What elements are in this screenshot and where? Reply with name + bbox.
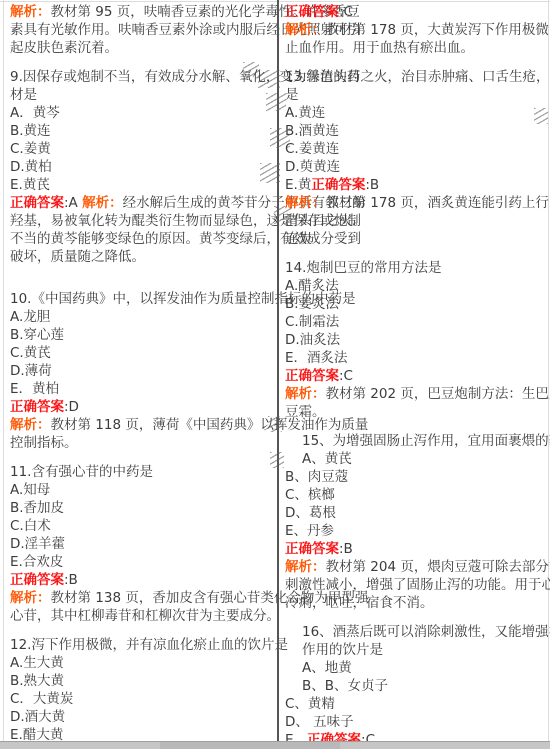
text-span: 作用的饮片是	[302, 642, 383, 658]
option-line: B.酒黄连	[285, 122, 545, 140]
text-span: D、葛根	[285, 505, 336, 521]
option-line: C．大黄炭	[10, 690, 274, 708]
text-span: B.穿心莲	[10, 327, 64, 343]
text-span: 破坏，质量随之降低。	[10, 249, 145, 265]
option-line: E．酒炙法	[285, 349, 545, 367]
explanation-line: 解析：教材第 138 页，香加皮含有强心苷类化合物为甲型强	[10, 589, 274, 607]
text-span: 材是	[10, 87, 37, 103]
explanation-line: 解析：教材第 204 页，煨肉豆蔻可除去部分油质，免于滑肠，	[285, 558, 545, 576]
continuation-line: 连炭	[285, 230, 545, 248]
correct-answer-label: 正确答案	[311, 177, 365, 193]
continuation-line: 冷痢，呕吐，宿食不消。	[285, 594, 545, 612]
text-span: C.姜黄连	[285, 141, 339, 157]
option-line: A.醋炙法	[285, 277, 545, 295]
explanation-label: 解析：	[10, 417, 51, 433]
text-span: A.醋炙法	[285, 278, 339, 294]
text-span: 豆霜。	[285, 404, 326, 420]
question-line: 11.含有强心苷的中药是	[10, 463, 274, 481]
continuation-line: 清头目之火。	[285, 212, 545, 230]
answer-explanation-line: 解析：教材第 95 页，呋喃香豆素的光化学毒性。许多香豆	[10, 3, 274, 21]
text-span: C.制霜法	[285, 314, 339, 330]
continuation-line: 不当的黄芩能够变绿色的原因。黄芩变绿后，有效成分受到	[10, 230, 274, 248]
text-span: A.龙胆	[10, 309, 50, 325]
option-line: D、葛根	[285, 504, 545, 522]
continuation-line: 是	[285, 86, 545, 104]
option-line: B.香加皮	[10, 499, 274, 517]
correct-answer-label: 正确答案	[285, 368, 339, 384]
text-span: :D	[64, 399, 79, 415]
option-line: A.龙胆	[10, 308, 274, 326]
explanation-label: 解析：	[10, 4, 51, 20]
text-span: A.黄连	[285, 105, 325, 121]
option-line: D.酒大黄	[10, 708, 274, 726]
text-span: D.酒大黄	[10, 709, 65, 725]
answer-line: 正确答案:B	[285, 540, 545, 558]
explanation-line: 解析：教材第 178 页，大黄炭泻下作用极微，并有凉血化瘀	[285, 21, 545, 39]
option-line: C.姜黄	[10, 140, 274, 158]
question-line: 14.炮制巴豆的常用方法是	[285, 259, 545, 277]
option-line: B.黄连	[10, 122, 274, 140]
option-line: E.黄芪	[10, 176, 274, 194]
text-span: 15、为增强固肠止泻作用，宜用面裹煨的药材是	[302, 433, 550, 449]
blank-line	[10, 625, 274, 636]
text-span: D.淫羊藿	[10, 536, 65, 552]
text-span: C．大黄炭	[10, 691, 73, 707]
option-line: C、黄精	[285, 695, 545, 713]
continuation-line: 破坏，质量随之降低。	[10, 248, 274, 266]
text-span: C.姜黄	[10, 141, 51, 157]
question-line: 10.《中国药典》中，以挥发油作为质量控制指标的中药是	[10, 290, 274, 308]
text-span: 连炭	[285, 231, 312, 247]
text-span: :C	[339, 368, 353, 384]
blank-line	[285, 612, 545, 623]
text-span: D.薄荷	[10, 363, 52, 379]
right-column: 正确答案:C解析：教材第 178 页，大黄炭泻下作用极微，并有凉血化瘀止血作用。…	[285, 3, 545, 749]
correct-answer-label: 正确答案	[10, 572, 64, 588]
text-span: E.黄芪	[10, 177, 50, 193]
blank-line	[285, 57, 545, 68]
explanation-label: 解析：	[285, 386, 326, 402]
text-span: 刺激性减小，增强了固肠止泻的功能。用于心腹胀痛，虚弱	[285, 577, 550, 593]
horizontal-scrollbar	[0, 741, 550, 749]
question-line: 16、酒蒸后既可以消除刺激性，又能增强补脾润肺益肾	[285, 623, 545, 641]
text-span: A．黄芩	[10, 105, 60, 121]
option-line: A.知母	[10, 481, 274, 499]
option-line: D.黄柏	[10, 158, 274, 176]
continuation-line: 材是	[10, 86, 274, 104]
text-span: 心苷，其中杠柳毒苷和杠柳次苷为主要成分。	[10, 608, 280, 624]
text-span: 清头目之火。	[285, 213, 366, 229]
text-span: B.香加皮	[10, 500, 64, 516]
option-line: D.淫羊藿	[10, 535, 274, 553]
explanation-line: 解析：教材第 202 页，巴豆炮制方法：生巴豆，炒巴豆，巴	[285, 385, 545, 403]
option-line: B.穿心莲	[10, 326, 274, 344]
text-span: :B	[64, 572, 78, 588]
option-line: A.生大黄	[10, 654, 274, 672]
text-span: B、肉豆蔻	[285, 469, 348, 485]
text-span: B、B、女贞子	[302, 678, 388, 694]
blank-line	[10, 266, 274, 290]
page-border-left	[3, 0, 4, 741]
option-line: E．黄柏	[10, 380, 274, 398]
text-span: 教材第 204 页，煨肉豆蔻可除去部分油质，免于滑肠，	[326, 559, 550, 575]
continuation-line: 控制指标。	[10, 434, 274, 452]
text-span: C.黄芪	[10, 345, 51, 361]
continuation-line: 豆霜。	[285, 403, 545, 421]
text-span: :B	[339, 541, 353, 557]
text-span: :A	[64, 195, 82, 211]
option-line: C.黄芪	[10, 344, 274, 362]
answer-line: 正确答案:B	[10, 571, 274, 589]
text-span: E．酒炙法	[285, 350, 348, 366]
explanation-label: 解析：	[10, 590, 51, 606]
exam-document-page: 解析：教材第 95 页，呋喃香豆素的光化学毒性。许多香豆素具有光敏作用。呋喃香豆…	[0, 0, 550, 750]
option-line: B.熟大黄	[10, 672, 274, 690]
continuation-line: 起皮肤色素沉着。	[10, 39, 274, 57]
text-span: C、槟榔	[285, 487, 335, 503]
text-span: E.黄	[285, 177, 311, 193]
text-span: :C	[339, 4, 353, 20]
option-line: A、黄芪	[285, 450, 545, 468]
text-span: D.黄柏	[10, 159, 52, 175]
blank-line	[10, 57, 274, 68]
answer-explanation-line: 正确答案:A 解析：经水解后生成的黄芩苷分子中具有邻三酚	[10, 194, 274, 212]
page-border-top	[0, 1, 550, 2]
explanation-label: 解析：	[285, 559, 326, 575]
text-span: 止血作用。用于血热有瘀出血。	[285, 40, 474, 56]
correct-answer-label: 正确答案	[285, 4, 339, 20]
correct-answer-label: 正确答案	[285, 541, 339, 557]
option-line: B.姜炙法	[285, 295, 545, 313]
text-span: 11.含有强心苷的中药是	[10, 464, 153, 480]
explanation-label: 解析：	[285, 22, 326, 38]
text-span: D.油炙法	[285, 332, 340, 348]
explanation-label: 解析：	[285, 195, 326, 211]
text-span: 起皮肤色素沉着。	[10, 40, 118, 56]
blank-line	[10, 452, 274, 463]
left-column: 解析：教材第 95 页，呋喃香豆素的光化学毒性。许多香豆素具有光敏作用。呋喃香豆…	[10, 3, 274, 744]
option-line: E.合欢皮	[10, 553, 274, 571]
text-span: :B	[365, 177, 379, 193]
text-span: A、黄芪	[302, 451, 352, 467]
option-line: C.制霜法	[285, 313, 545, 331]
text-span: A.知母	[10, 482, 50, 498]
continuation-line: 作用的饮片是	[285, 641, 545, 659]
continuation-line: 素具有光敏作用。呋喃香豆素外涂或内服后经日光照射可引	[10, 21, 274, 39]
text-span: B.黄连	[10, 123, 51, 139]
text-span: 教材第 178 页，大黄炭泻下作用极微，并有凉血化瘀	[326, 22, 550, 38]
answer-explanation-line: E.黄正确答案:B	[285, 176, 545, 194]
blank-line	[285, 421, 545, 432]
text-span: 教材第 202 页，巴豆炮制方法：生巴豆，炒巴豆，巴	[326, 386, 550, 402]
option-line: C.姜黄连	[285, 140, 545, 158]
text-span: B.酒黄连	[285, 123, 339, 139]
text-span: 冷痢，呕吐，宿食不消。	[285, 595, 434, 611]
text-span: B.姜炙法	[285, 296, 339, 312]
answer-line: 正确答案:C	[285, 367, 545, 385]
option-line: D.萸黄连	[285, 158, 545, 176]
option-line: B、肉豆蔻	[285, 468, 545, 486]
horizontal-scrollbar-thumb[interactable]	[160, 742, 340, 749]
text-span: B.熟大黄	[10, 673, 64, 689]
text-span: 教材第 178 页，酒炙黄连能引药上行，缓其寒性，善	[326, 195, 550, 211]
option-line: A.黄连	[285, 104, 545, 122]
text-span: 16、酒蒸后既可以消除刺激性，又能增强补脾润肺益肾	[302, 624, 550, 640]
text-span: D.萸黄连	[285, 159, 340, 175]
text-span: D、 五味子	[285, 714, 354, 730]
continuation-line: 心苷，其中杠柳毒苷和杠柳次苷为主要成分。	[10, 607, 274, 625]
option-line: E、丹参	[285, 522, 545, 540]
text-span: 13.善清头目之火，治目赤肿痛、口舌生疮，宜选用的饮片	[285, 69, 550, 85]
explanation-line: 解析：教材第 178 页，酒炙黄连能引药上行，缓其寒性，善	[285, 194, 545, 212]
question-line: 15、为增强固肠止泻作用，宜用面裹煨的药材是	[285, 432, 545, 450]
question-line: 13.善清头目之火，治目赤肿痛、口舌生疮，宜选用的饮片	[285, 68, 545, 86]
option-line: B、B、女贞子	[285, 677, 545, 695]
answer-line: 正确答案:D	[10, 398, 274, 416]
column-divider	[277, 0, 279, 741]
answer-line: 正确答案:C	[285, 3, 545, 21]
text-span: 是	[285, 87, 299, 103]
option-line: D.油炙法	[285, 331, 545, 349]
question-line: 9.因保存或炮制不当，有效成分水解、氧化，变为绿色的药	[10, 68, 274, 86]
continuation-line: 羟基，易被氧化转为醌类衍生物而显绿色，这是保存或炮制	[10, 212, 274, 230]
option-line: C、槟榔	[285, 486, 545, 504]
option-line: A．黄芩	[10, 104, 274, 122]
text-span: E、丹参	[285, 523, 334, 539]
text-span: C.白术	[10, 518, 51, 534]
continuation-line: 刺激性减小，增强了固肠止泻的功能。用于心腹胀痛，虚弱	[285, 576, 545, 594]
text-span: E.合欢皮	[10, 554, 63, 570]
correct-answer-label: 正确答案	[10, 195, 64, 211]
option-line: D、 五味子	[285, 713, 545, 731]
option-line: C.白术	[10, 517, 274, 535]
text-span: A、地黄	[302, 660, 352, 676]
continuation-line: 止血作用。用于血热有瘀出血。	[285, 39, 545, 57]
text-span: 14.炮制巴豆的常用方法是	[285, 260, 441, 276]
option-line: D.薄荷	[10, 362, 274, 380]
explanation-label: 解析：	[82, 195, 123, 211]
explanation-line: 解析：教材第 118 页，薄荷《中国药典》以挥发油作为质量	[10, 416, 274, 434]
text-span: 控制指标。	[10, 435, 78, 451]
blank-line	[285, 248, 545, 259]
option-line: A、地黄	[285, 659, 545, 677]
text-span: C、黄精	[285, 696, 335, 712]
correct-answer-label: 正确答案	[10, 399, 64, 415]
text-span: E．黄柏	[10, 381, 59, 397]
question-line: 12.泻下作用极微，并有凉血化瘀止血的饮片是	[10, 636, 274, 654]
text-span: 12.泻下作用极微，并有凉血化瘀止血的饮片是	[10, 637, 288, 653]
text-span: A.生大黄	[10, 655, 64, 671]
